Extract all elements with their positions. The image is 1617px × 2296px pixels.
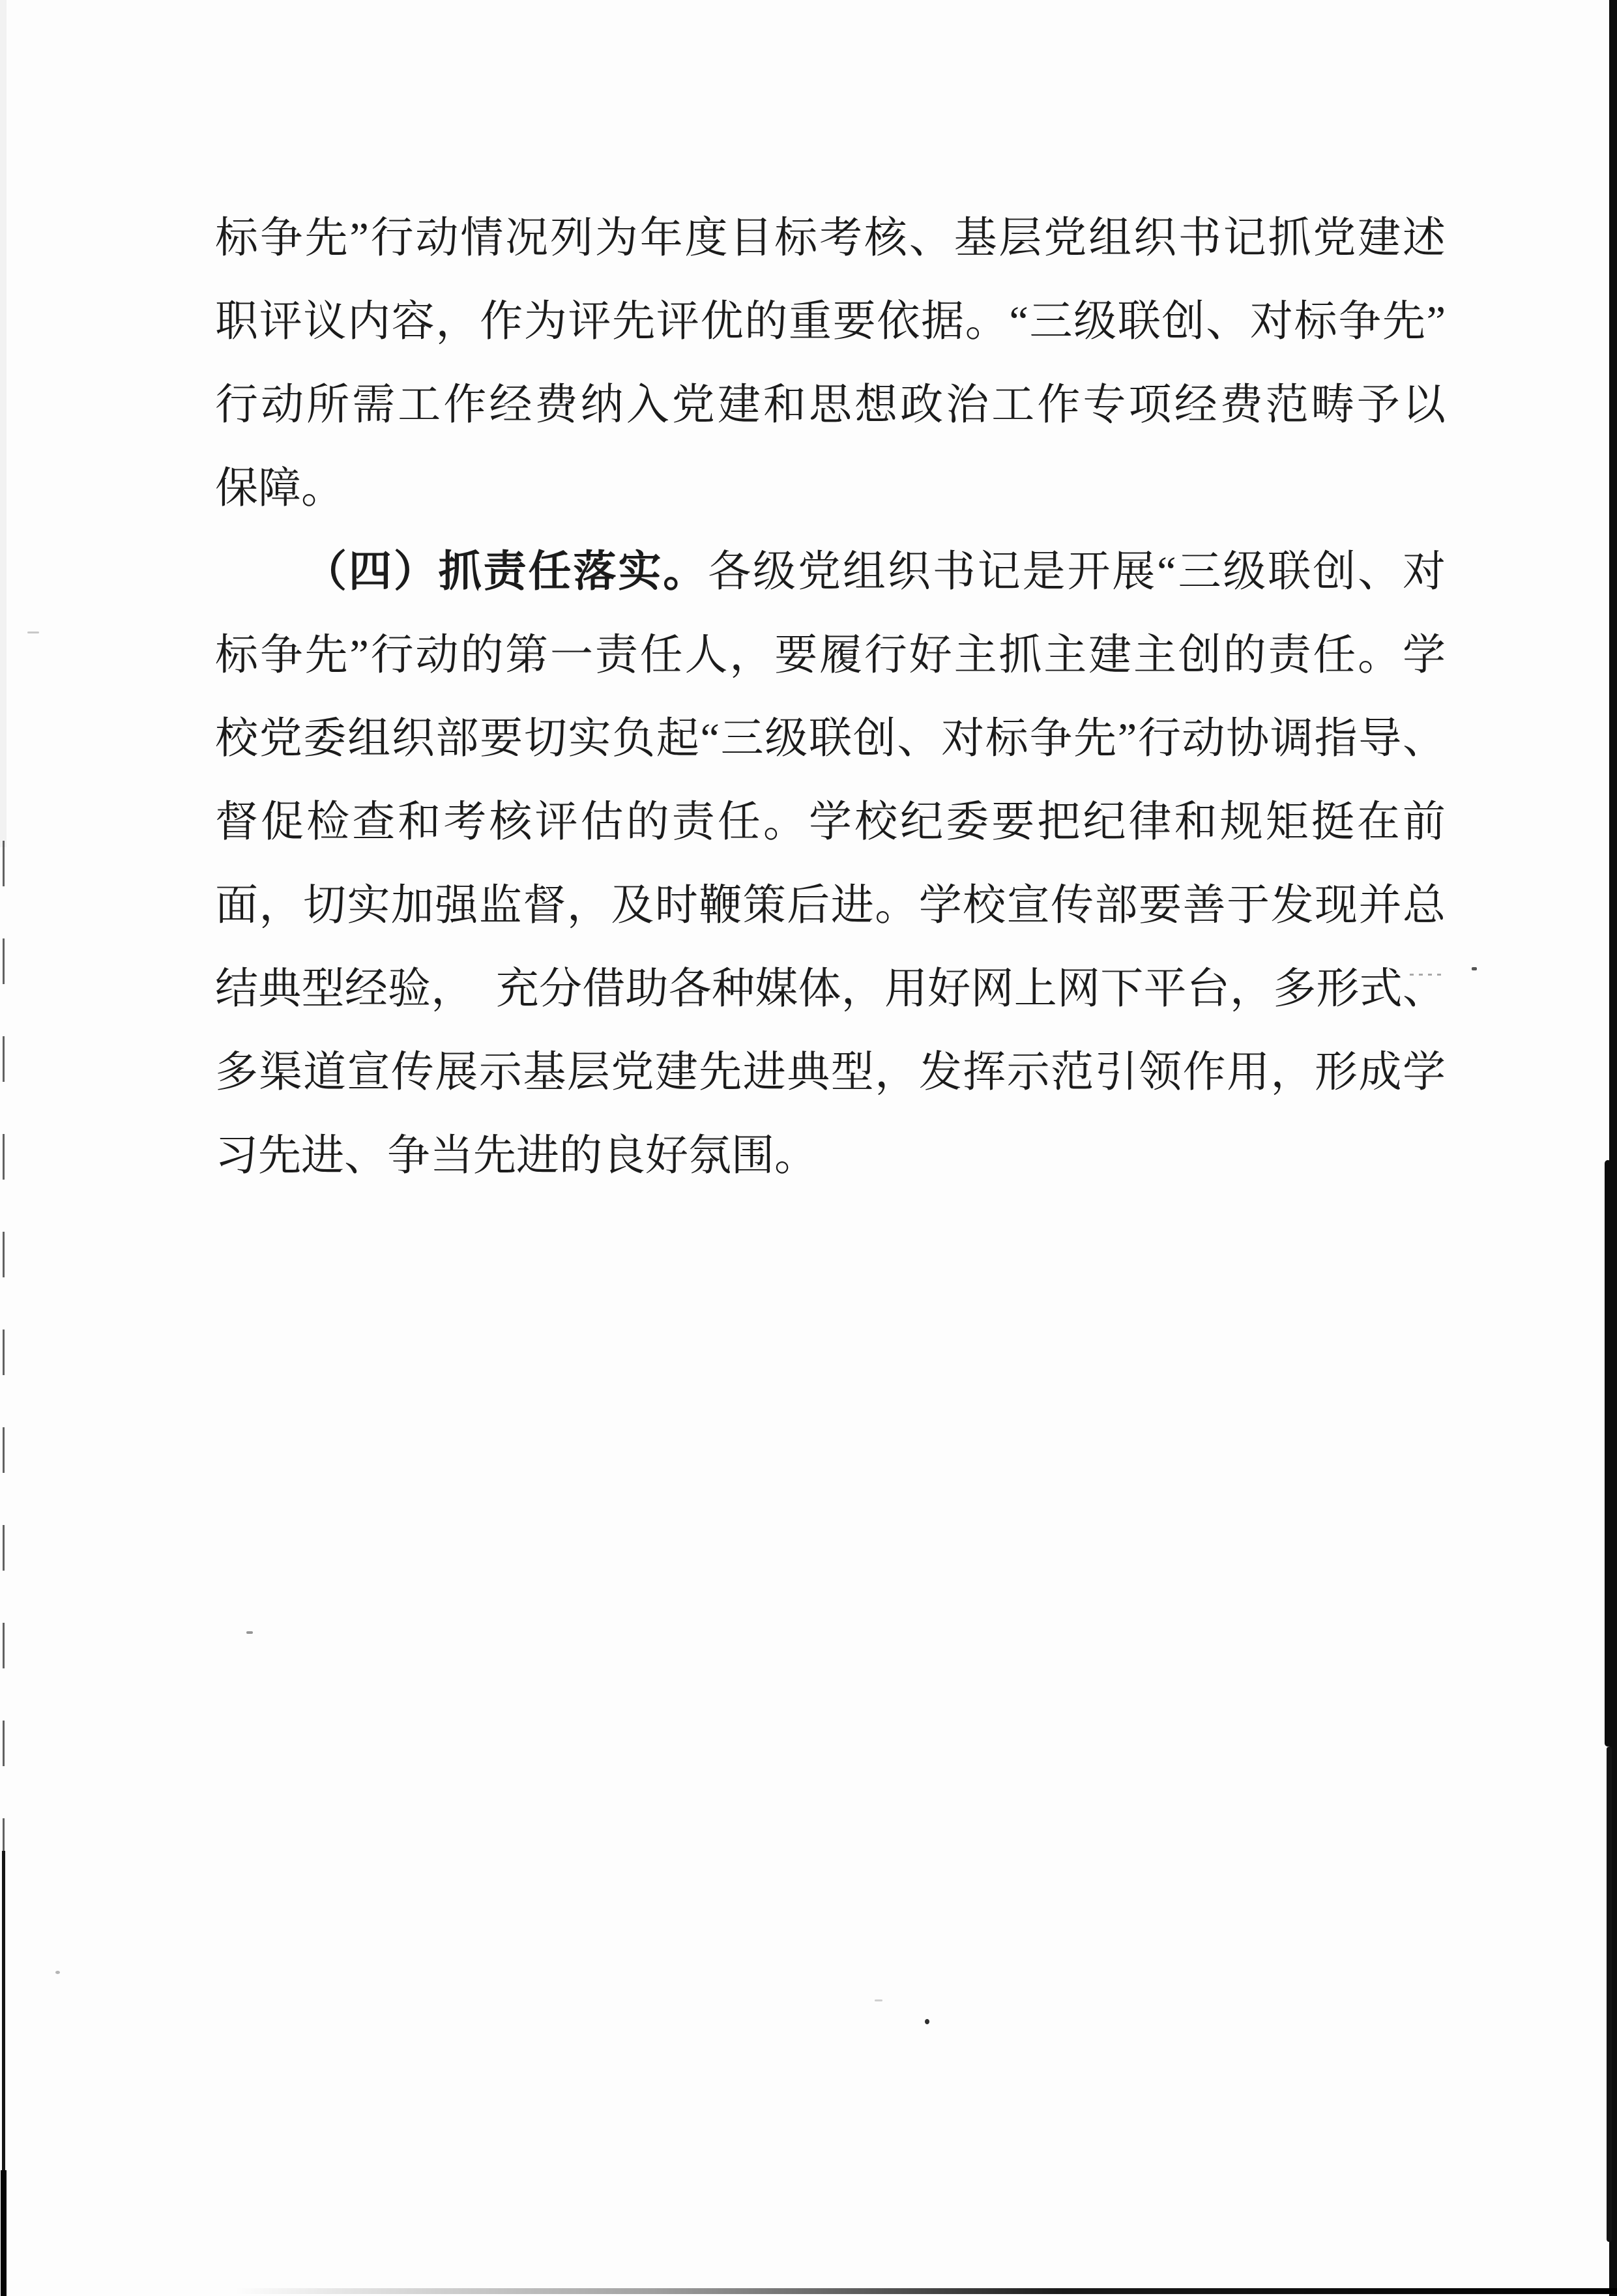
text-line-paragraph-start: （四）抓责任落实。各级党组织书记是开展“三级联创、对 [215,530,1446,614]
section-heading: （四）抓责任落实。 [304,548,708,596]
text-line: 习先进、争当先进的良好氛围。 [215,1114,1446,1198]
text-line: 多渠道宣传展示基层党建先进典型，发挥示范引领作用，形成学 [215,1031,1446,1114]
scan-artifact-speck [1472,967,1477,970]
scan-artifact-left-paper-edge [0,0,7,847]
text-line: 面，切实加强监督，及时鞭策后进。学校宣传部要善于发现并总 [215,864,1446,948]
scan-artifact-speck-trail [1410,974,1444,976]
scan-artifact-speck [875,1999,882,2001]
scan-artifact-speck [925,2019,929,2024]
document-text-block: 标争先”行动情况列为年度目标考核、基层党组织书记抓党建述 职评议内容，作为评先评… [215,197,1446,1198]
scan-artifact-speck [27,632,39,633]
scan-artifact-left-edge-bottom [1,2170,7,2296]
scan-artifact-left-edge-line [2,1851,5,2177]
text-line: 标争先”行动情况列为年度目标考核、基层党组织书记抓党建述 [215,197,1446,280]
text-line: 督促检查和考核评估的责任。学校纪委要把纪律和规矩挺在前 [215,781,1446,864]
scan-artifact-left-edge-dashes [3,841,5,1851]
text-line: 校党委组织部要切实负起“三级联创、对标争先”行动协调指导、 [215,697,1446,781]
scanned-document-page: 标争先”行动情况列为年度目标考核、基层党组织书记抓党建述 职评议内容，作为评先评… [0,0,1617,2296]
scan-artifact-bottom-edge-line [235,2288,1617,2294]
text-run: 各级党组织书记是开展“三级联创、对 [708,548,1446,596]
scan-artifact-right-edge-bump [1605,1160,1611,1747]
text-line: 结典型经验， 充分借助各种媒体，用好网上网下平台，多形式、 [215,948,1446,1031]
text-line: 标争先”行动的第一责任人，要履行好主抓主建主创的责任。学 [215,614,1446,697]
scan-artifact-right-edge-bump [1607,1747,1612,2242]
scan-artifact-speck [246,1631,253,1634]
text-line: 行动所需工作经费纳入党建和思想政治工作专项经费范畴予以 [215,364,1446,447]
text-line: 职评议内容，作为评先评优的重要依据。“三级联创、对标争先” [215,280,1446,364]
text-line: 保障。 [215,447,1446,530]
scan-artifact-speck [55,1971,60,1974]
